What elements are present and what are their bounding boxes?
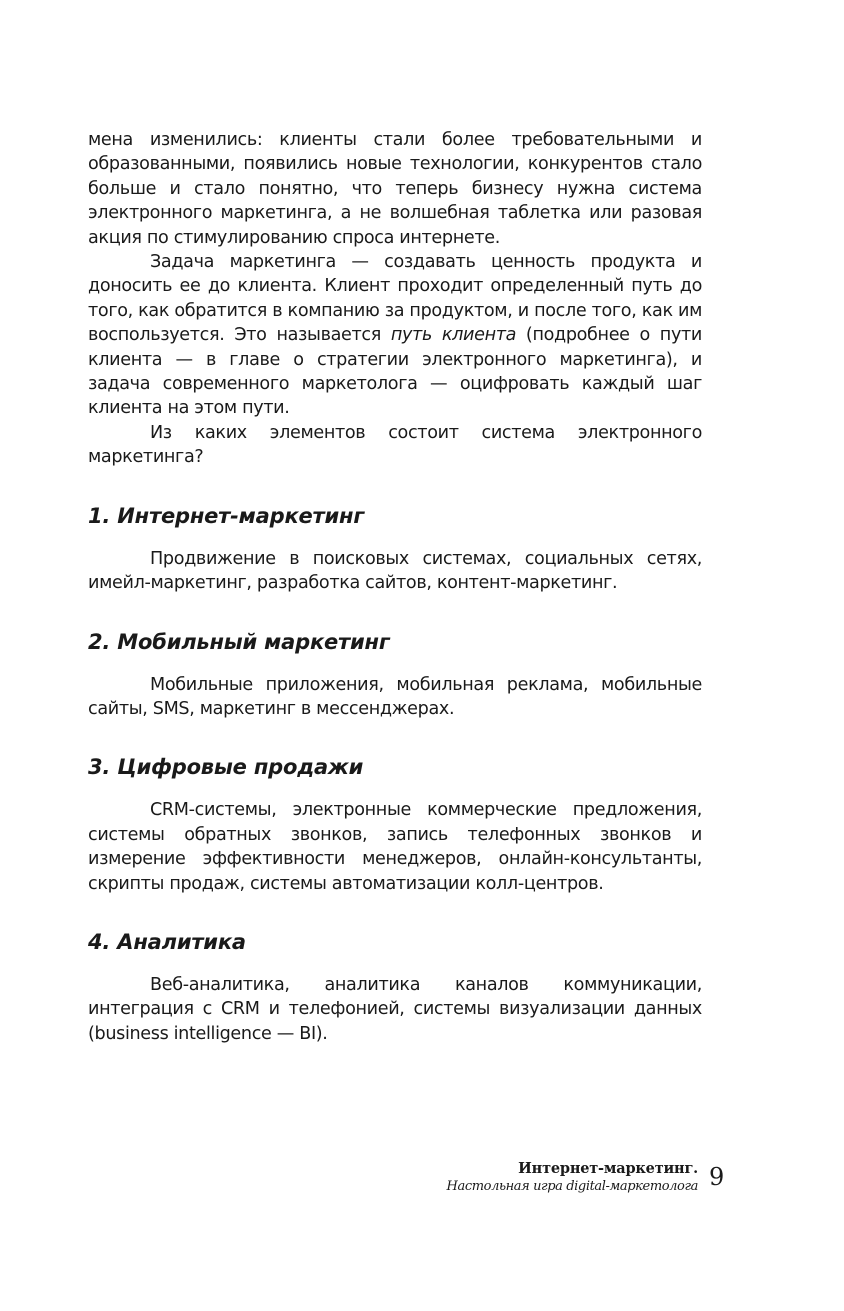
section-heading-digital-sales: 3. Цифровые продажи bbox=[88, 754, 702, 780]
spacer bbox=[88, 529, 702, 547]
section-heading-mobile-marketing: 2. Мобильный маркетинг bbox=[88, 629, 702, 655]
section-heading-analytics: 4. Аналитика bbox=[88, 929, 702, 955]
spacer bbox=[88, 896, 702, 929]
spacer bbox=[88, 721, 702, 754]
spacer bbox=[88, 470, 702, 503]
section-body-digital-sales: CRM-системы, электронные коммерческие пр… bbox=[88, 798, 702, 896]
book-title: Интернет-маркетинг. bbox=[447, 1160, 698, 1178]
section-body-internet-marketing: Продвижение в поисковых системах, социал… bbox=[88, 547, 702, 596]
marketing-task-paragraph: Задача маркетинга — создавать ценность п… bbox=[88, 250, 702, 421]
spacer bbox=[88, 655, 702, 673]
running-footer: Интернет-маркетинг. Настольная игра digi… bbox=[447, 1160, 698, 1195]
spacer bbox=[88, 955, 702, 973]
book-subtitle: Настольная игра digital-маркетолога bbox=[447, 1178, 698, 1195]
section-body-analytics: Веб-аналитика, аналитика каналов коммуни… bbox=[88, 973, 702, 1046]
page-body: мена изменились: клиенты стали более тре… bbox=[88, 128, 702, 1046]
spacer bbox=[88, 780, 702, 798]
elements-question-paragraph: Из каких элементов состоит система элект… bbox=[88, 421, 702, 470]
section-heading-internet-marketing: 1. Интернет-маркетинг bbox=[88, 503, 702, 529]
section-body-mobile-marketing: Мобильные приложения, мобильная реклама,… bbox=[88, 673, 702, 722]
spacer bbox=[88, 596, 702, 629]
page-number: 9 bbox=[709, 1163, 724, 1191]
customer-journey-term: путь клиента bbox=[391, 325, 516, 345]
intro-continuation-paragraph: мена изменились: клиенты стали более тре… bbox=[88, 128, 702, 250]
